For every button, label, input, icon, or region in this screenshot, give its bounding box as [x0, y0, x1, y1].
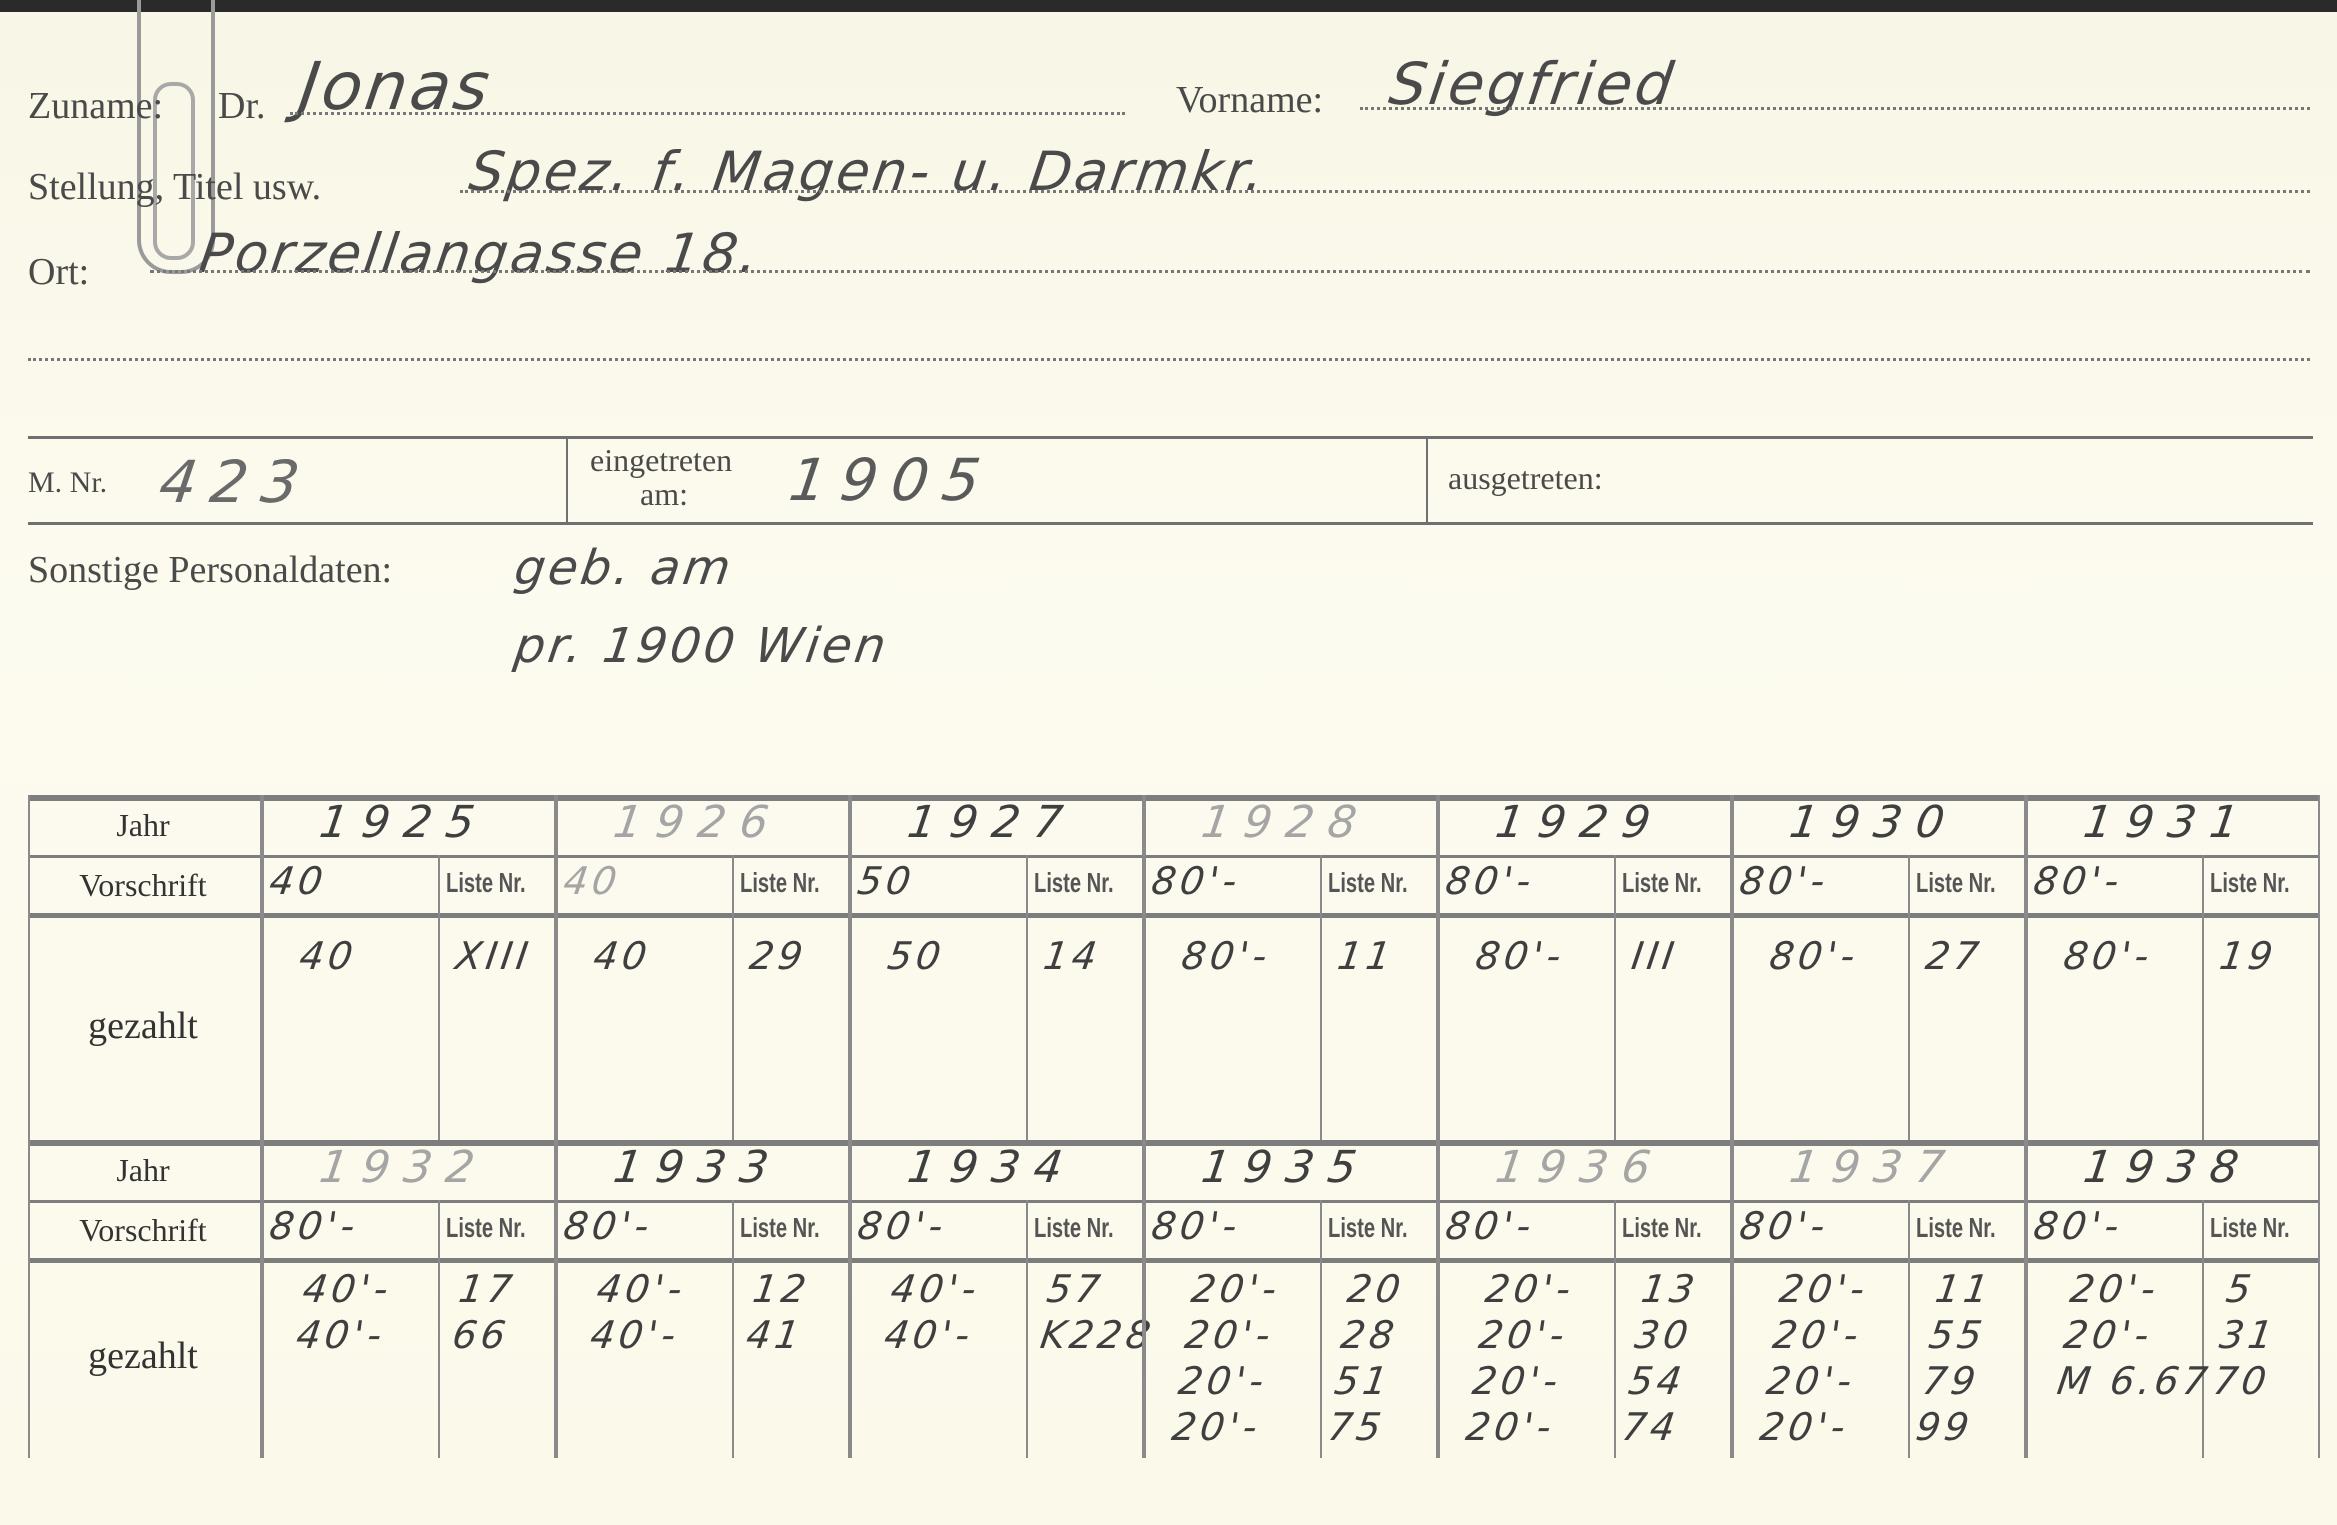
list-number: 55: [1926, 1312, 1989, 1358]
year-value: 1938: [2080, 1142, 2255, 1193]
paid-amount: 20'-: [1764, 1358, 1859, 1404]
paid-amount: 20'-: [1476, 1312, 1571, 1358]
table-border-left: [28, 795, 30, 1143]
required-value: 40: [267, 859, 330, 903]
paid-amount: 20'-: [1470, 1358, 1565, 1404]
member-no-label: M. Nr.: [28, 466, 107, 500]
column-divider: [2024, 795, 2028, 1143]
paid-amount: 40'-: [294, 1312, 389, 1358]
list-number: 51: [1332, 1358, 1395, 1404]
list-number: 11: [1335, 933, 1398, 979]
list-divider: [1908, 1200, 1910, 1458]
list-divider: [732, 1200, 734, 1458]
paid-values: 20'-20'-20'-20'-: [1463, 1266, 1577, 1450]
place-value: Porzellangasse 18.: [196, 222, 765, 285]
required-value: 80'-: [2031, 859, 2126, 903]
firstname-dotted-line: [1360, 107, 2310, 110]
list-values: 1766: [450, 1266, 519, 1358]
row-label-paid: gezahlt: [28, 1004, 258, 1048]
list-divider: [438, 855, 440, 1143]
column-divider: [554, 795, 558, 1143]
column-divider: [848, 1140, 852, 1458]
list-number: 66: [450, 1312, 513, 1358]
paid-amount: 20'-: [1757, 1404, 1852, 1450]
divider-top: [28, 436, 2313, 439]
list-values: XIII: [453, 933, 535, 979]
list-number: 74: [1619, 1404, 1682, 1450]
position-dotted-line: [460, 190, 2310, 193]
required-value: 80'-: [855, 1204, 950, 1248]
year-value: 1930: [1786, 797, 1961, 848]
list-no-label: Liste Nr.: [1328, 1212, 1408, 1244]
year-value: 1928: [1198, 797, 1373, 848]
list-divider: [1908, 855, 1910, 1143]
list-divider: [2202, 855, 2204, 1143]
required-value: 80'-: [1737, 859, 1832, 903]
position-value: Spez. f. Magen- u. Darmkr.: [466, 140, 1271, 203]
paid-amount: 20'-: [1188, 1266, 1283, 1312]
paid-amount: 40: [297, 933, 360, 979]
joined-label-2: am:: [640, 476, 688, 513]
list-number: 29: [747, 933, 810, 979]
dues-table: JahrVorschriftgezahlt192540Liste Nr.40XI…: [28, 795, 2318, 1455]
surname-prefix: Dr.: [218, 84, 266, 128]
column-divider: [1730, 1140, 1734, 1458]
column-divider: [848, 795, 852, 1143]
paid-amount: 80'-: [1473, 933, 1568, 979]
surname-label: Zuname:: [28, 84, 163, 128]
list-divider: [1614, 1200, 1616, 1458]
column-divider: [554, 1140, 558, 1458]
list-number: 17: [456, 1266, 519, 1312]
required-value: 40: [561, 859, 624, 903]
list-number: K228: [1038, 1312, 1158, 1358]
paid-values: 80'-: [1179, 933, 1274, 979]
paid-values: 40: [297, 933, 360, 979]
row-label-paid: gezahlt: [28, 1334, 258, 1378]
table-rule: [28, 1200, 2318, 1203]
column-divider: [260, 1140, 264, 1458]
list-values: 19: [2217, 933, 2280, 979]
list-number: III: [1629, 933, 1681, 979]
row-label-year: Jahr: [28, 807, 258, 844]
list-values: 13305474: [1619, 1266, 1701, 1450]
list-number: 5: [2223, 1266, 2286, 1312]
list-number: 28: [1338, 1312, 1401, 1358]
list-values: 11: [1335, 933, 1398, 979]
list-no-label: Liste Nr.: [446, 1212, 526, 1244]
list-values: 11557999: [1913, 1266, 1995, 1450]
list-number: 13: [1638, 1266, 1701, 1312]
list-divider: [1614, 855, 1616, 1143]
left-label: ausgetreten:: [1448, 460, 1603, 497]
paid-amount: 40'-: [888, 1266, 983, 1312]
paid-values: 40: [591, 933, 654, 979]
year-value: 1933: [610, 1142, 785, 1193]
paid-amount: 40'-: [594, 1266, 689, 1312]
paid-values: 40'-40'-: [294, 1266, 395, 1358]
personal-data-label: Sonstige Personaldaten:: [28, 548, 392, 592]
year-value: 1935: [1198, 1142, 1373, 1193]
required-value: 80'-: [1737, 1204, 1832, 1248]
list-divider: [1320, 1200, 1322, 1458]
paid-amount: 20'-: [2067, 1266, 2227, 1312]
table-rule-double: [28, 1258, 2318, 1263]
paid-values: 40'-40'-: [882, 1266, 983, 1358]
divider-v1: [566, 438, 568, 524]
personal-line-1: geb. am: [511, 540, 737, 596]
column-divider: [1730, 795, 1734, 1143]
paid-amount: 20'-: [1169, 1404, 1264, 1450]
list-divider: [1026, 855, 1028, 1143]
list-no-label: Liste Nr.: [446, 867, 526, 899]
paid-values: 80'-: [1767, 933, 1862, 979]
table-rule: [28, 855, 2318, 858]
row-label-required: Vorschrift: [28, 1212, 258, 1249]
column-divider: [2024, 1140, 2028, 1458]
list-number: 27: [1923, 933, 1986, 979]
joined-label-1: eingetreten: [590, 442, 732, 479]
joined-value: 1905: [785, 446, 998, 514]
column-divider: [1142, 795, 1146, 1143]
required-value: 80'-: [1443, 859, 1538, 903]
paid-amount: 20'-: [2061, 1312, 2221, 1358]
list-no-label: Liste Nr.: [1034, 1212, 1114, 1244]
list-number: 75: [1325, 1404, 1388, 1450]
list-no-label: Liste Nr.: [1916, 867, 1996, 899]
list-number: 41: [744, 1312, 807, 1358]
year-value: 1932: [316, 1142, 491, 1193]
list-divider: [732, 855, 734, 1143]
paid-values: 80'-: [2061, 933, 2156, 979]
row-label-required: Vorschrift: [28, 867, 258, 904]
table-border-right: [2318, 795, 2320, 1143]
blank-dotted-line: [28, 358, 2310, 361]
year-value: 1926: [610, 797, 785, 848]
paid-amount: 20'-: [1182, 1312, 1277, 1358]
paid-amount: 80'-: [1179, 933, 1274, 979]
paid-values: 20'-20'-20'-20'-: [1757, 1266, 1871, 1450]
paid-amount: 20'-: [1176, 1358, 1271, 1404]
paid-values: 20'-20'-M 6.67: [2054, 1266, 2227, 1404]
paid-amount: 40: [591, 933, 654, 979]
list-values: III: [1629, 933, 1681, 979]
paid-values: 20'-20'-20'-20'-: [1169, 1266, 1283, 1450]
list-number: XIII: [453, 933, 535, 979]
divider-bottom: [28, 522, 2313, 525]
year-value: 1936: [1492, 1142, 1667, 1193]
table-rule-double: [28, 913, 2318, 918]
list-no-label: Liste Nr.: [1034, 867, 1114, 899]
paid-amount: M 6.67: [2054, 1358, 2214, 1404]
personal-line-2: pr. 1900 Wien: [511, 618, 892, 674]
list-values: 29: [747, 933, 810, 979]
scan-edge: [0, 0, 2337, 12]
year-value: 1925: [316, 797, 491, 848]
paid-amount: 40'-: [588, 1312, 683, 1358]
paid-amount: 80'-: [1767, 933, 1862, 979]
paid-amount: 20'-: [1776, 1266, 1871, 1312]
paid-values: 40'-40'-: [588, 1266, 689, 1358]
list-number: 31: [2217, 1312, 2280, 1358]
column-divider: [1142, 1140, 1146, 1458]
required-value: 80'-: [1149, 1204, 1244, 1248]
list-values: 27: [1923, 933, 1986, 979]
list-no-label: Liste Nr.: [1622, 1212, 1702, 1244]
paid-amount: 40'-: [882, 1312, 977, 1358]
year-value: 1934: [904, 1142, 1079, 1193]
list-divider: [1320, 855, 1322, 1143]
membership-card: Zuname: Dr. Jonas Vorname: Siegfried Ste…: [0, 0, 2337, 1525]
year-value: 1937: [1786, 1142, 1961, 1193]
paid-amount: 40'-: [300, 1266, 395, 1312]
required-value: 80'-: [561, 1204, 656, 1248]
paid-amount: 20'-: [1482, 1266, 1577, 1312]
list-no-label: Liste Nr.: [1622, 867, 1702, 899]
place-label: Ort:: [28, 250, 89, 294]
required-value: 80'-: [1443, 1204, 1538, 1248]
column-divider: [260, 795, 264, 1143]
paid-values: 50: [885, 933, 948, 979]
list-values: 1241: [744, 1266, 813, 1358]
paid-amount: 50: [885, 933, 948, 979]
required-value: 80'-: [267, 1204, 362, 1248]
required-value: 80'-: [1149, 859, 1244, 903]
list-no-label: Liste Nr.: [2210, 1212, 2290, 1244]
list-no-label: Liste Nr.: [1916, 1212, 1996, 1244]
list-divider: [438, 1200, 440, 1458]
column-divider: [1436, 795, 1440, 1143]
paid-values: 80'-: [1473, 933, 1568, 979]
surname-dotted-line: [290, 112, 1125, 115]
list-number: 19: [2217, 933, 2280, 979]
year-value: 1929: [1492, 797, 1667, 848]
required-value: 50: [855, 859, 918, 903]
place-dotted-line: [150, 270, 2310, 273]
member-no-value: 423: [155, 448, 317, 516]
paid-amount: 80'-: [2061, 933, 2156, 979]
year-value: 1927: [904, 797, 1079, 848]
paid-amount: 20'-: [1770, 1312, 1865, 1358]
list-values: 14: [1041, 933, 1104, 979]
list-no-label: Liste Nr.: [740, 867, 820, 899]
year-value: 1931: [2080, 797, 2255, 848]
position-label: Stellung, Titel usw.: [28, 165, 321, 209]
paid-amount: 20'-: [1463, 1404, 1558, 1450]
row-label-year: Jahr: [28, 1152, 258, 1189]
list-number: 70: [2210, 1358, 2273, 1404]
list-number: 30: [1632, 1312, 1695, 1358]
list-number: 79: [1920, 1358, 1983, 1404]
list-number: 99: [1913, 1404, 1976, 1450]
list-number: 54: [1626, 1358, 1689, 1404]
list-number: 11: [1932, 1266, 1995, 1312]
table-border-right: [2318, 1140, 2320, 1458]
column-divider: [1436, 1140, 1440, 1458]
firstname-label: Vorname:: [1176, 78, 1323, 122]
list-number: 14: [1041, 933, 1104, 979]
list-number: 20: [1344, 1266, 1407, 1312]
list-number: 12: [750, 1266, 813, 1312]
list-no-label: Liste Nr.: [740, 1212, 820, 1244]
required-value: 80'-: [2031, 1204, 2126, 1248]
list-values: 20285175: [1325, 1266, 1407, 1450]
divider-v2: [1426, 438, 1428, 524]
list-no-label: Liste Nr.: [1328, 867, 1408, 899]
list-divider: [1026, 1200, 1028, 1458]
list-no-label: Liste Nr.: [2210, 867, 2290, 899]
